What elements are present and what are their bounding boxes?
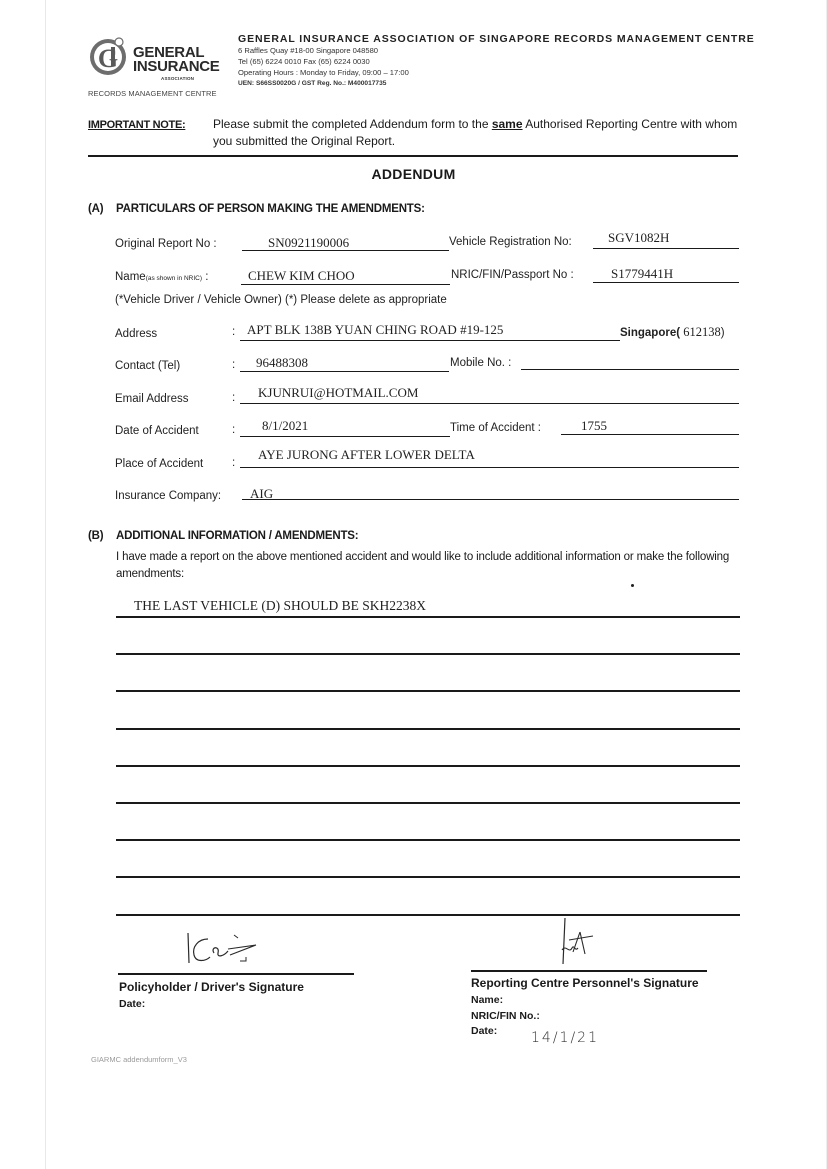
personnel-nric-label: NRIC/FIN No.: (471, 1010, 540, 1022)
amendment-line[interactable] (116, 653, 740, 655)
original-report-no-label: Original Report No : (115, 238, 217, 250)
address-field[interactable] (240, 340, 620, 341)
name-value: CHEW KIM CHOO (248, 268, 355, 284)
date-of-accident-value: 8/1/2021 (262, 418, 308, 434)
insurance-company-field[interactable] (242, 499, 739, 500)
role-note: (*Vehicle Driver / Vehicle Owner) (*) Pl… (115, 294, 447, 306)
vehicle-registration-label: Vehicle Registration No: (449, 236, 572, 248)
policyholder-signature-line[interactable] (118, 973, 354, 975)
section-a-heading: (A)PARTICULARS OF PERSON MAKING THE AMEN… (88, 203, 425, 215)
time-of-accident-value: 1755 (581, 418, 607, 434)
svg-text:G: G (98, 44, 118, 73)
logo-association: ASSOCIATION (161, 76, 194, 81)
time-of-accident-label: Time of Accident : (450, 422, 541, 434)
personnel-date-label: Date: (471, 1025, 497, 1037)
org-phone-fax: Tel (65) 6224 0010 Fax (65) 6224 0030 (238, 56, 755, 67)
nric-value: S1779441H (611, 266, 673, 282)
org-hours: Operating Hours : Monday to Friday, 09:0… (238, 67, 755, 78)
policyholder-signature-label: Policyholder / Driver's Signature (119, 980, 304, 994)
date-of-accident-field[interactable] (240, 436, 450, 437)
email-field[interactable] (240, 403, 739, 404)
amendment-line[interactable] (116, 876, 740, 878)
place-of-accident-value: AYE JURONG AFTER LOWER DELTA (258, 447, 475, 463)
section-b-heading: (B)ADDITIONAL INFORMATION / AMENDMENTS: (88, 530, 358, 542)
contact-tel-label: Contact (Tel) (115, 360, 180, 372)
contact-tel-value: 96488308 (256, 355, 308, 371)
personnel-signature-line[interactable] (471, 970, 707, 972)
insurance-company-label: Insurance Company: (115, 490, 221, 502)
note-text: Please submit the completed Addendum for… (213, 116, 743, 150)
insurance-company-value: AIG (250, 486, 273, 502)
form-code: GIARMC addendumform_V3 (91, 1055, 187, 1064)
mobile-no-field[interactable] (521, 369, 739, 370)
section-b-intro: I have made a report on the above mentio… (116, 549, 746, 583)
vehicle-registration-field[interactable] (593, 248, 739, 249)
vehicle-registration-value: SGV1082H (608, 230, 669, 246)
place-of-accident-label: Place of Accident (115, 458, 203, 470)
amendment-line[interactable] (116, 839, 740, 841)
personnel-date-value: 14/1/21 (531, 1030, 599, 1046)
amendment-line[interactable] (116, 802, 740, 804)
gia-logo-icon: G (88, 36, 128, 76)
org-header: GENERAL INSURANCE ASSOCIATION OF SINGAPO… (238, 33, 755, 89)
postal-code: Singapore( 612138) (620, 325, 725, 340)
document-title: ADDENDUM (0, 166, 827, 182)
logo-subtitle: RECORDS MANAGEMENT CENTRE (88, 89, 217, 98)
org-address: 6 Raffles Quay #18-00 Singapore 048580 (238, 45, 755, 56)
stray-mark (631, 584, 634, 587)
amendment-text: THE LAST VEHICLE (D) SHOULD BE SKH2238X (134, 598, 426, 614)
gia-logo: G GENERAL INSURANCE ASSOCIATION RECORDS … (86, 32, 226, 102)
important-note: IMPORTANT NOTE: Please submit the comple… (88, 116, 748, 134)
mobile-no-label: Mobile No. : (450, 357, 511, 369)
original-report-no-value: SN0921190006 (268, 235, 349, 251)
email-label: Email Address (115, 393, 189, 405)
email-value: KJUNRUI@HOTMAIL.COM (258, 385, 418, 401)
amendment-line[interactable] (116, 690, 740, 692)
personnel-signature-icon (553, 914, 598, 969)
org-uen: UEN: S66SS0020G / GST Reg. No.: M4000177… (238, 78, 755, 89)
address-value: APT BLK 138B YUAN CHING ROAD #19-125 (247, 322, 503, 338)
org-title: GENERAL INSURANCE ASSOCIATION OF SINGAPO… (238, 33, 755, 45)
time-of-accident-field[interactable] (561, 434, 739, 435)
policyholder-signature-icon (180, 925, 270, 970)
name-field[interactable] (241, 284, 450, 285)
note-emphasis: same (492, 117, 523, 131)
header-divider (88, 155, 738, 157)
address-label: Address (115, 328, 157, 340)
amendment-line[interactable] (116, 914, 740, 916)
personnel-signature-label: Reporting Centre Personnel's Signature (471, 976, 699, 990)
logo-wordmark: GENERAL INSURANCE (133, 46, 219, 74)
date-of-accident-label: Date of Accident (115, 425, 199, 437)
personnel-name-label: Name: (471, 994, 503, 1006)
note-label: IMPORTANT NOTE: (88, 119, 185, 131)
amendment-line[interactable] (116, 616, 740, 618)
nric-field[interactable] (593, 282, 739, 283)
policyholder-date-label: Date: (119, 998, 145, 1010)
amendment-line[interactable] (116, 728, 740, 730)
contact-tel-field[interactable] (240, 371, 449, 372)
name-label: Name(as shown in NRIC) : (115, 271, 208, 283)
nric-label: NRIC/FIN/Passport No : (451, 269, 574, 281)
place-of-accident-field[interactable] (240, 467, 739, 468)
amendment-line[interactable] (116, 765, 740, 767)
